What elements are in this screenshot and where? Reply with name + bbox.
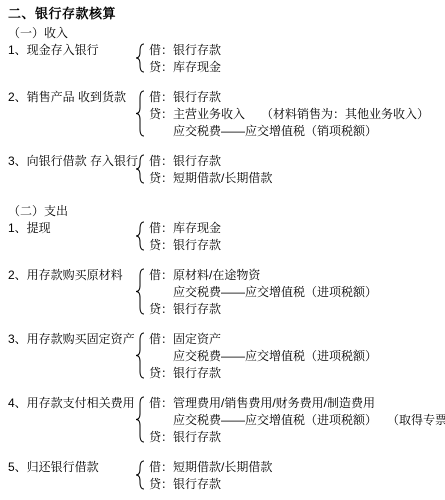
entry-line-text: 贷：银行存款 <box>149 477 221 491</box>
entry-label: 5、归还银行借款 <box>8 459 135 476</box>
entry-line: 应交税费——应交增值税（进项税额）（取得专票） <box>149 412 445 429</box>
entry-line: 贷：银行存款 <box>149 365 377 382</box>
entry-line-text: 应交税费——应交增值税（进项税额） <box>173 349 377 363</box>
entry-lines: 借：银行存款贷：主营业务收入（材料销售为：其他业务收入）应交税费——应交增值税（… <box>149 89 429 140</box>
entry-line: 贷：银行存款 <box>149 301 377 318</box>
entry-line: 贷：银行存款 <box>149 237 221 254</box>
entry-line-text: 贷：银行存款 <box>149 302 221 316</box>
entry-line-text: 借：银行存款 <box>149 154 221 168</box>
entry-line-text: 借：原材料/在途物资 <box>149 268 260 282</box>
entry-line: 借：短期借款/长期借款 <box>149 459 272 476</box>
entry-line: 贷：短期借款/长期借款 <box>149 170 272 187</box>
section-heading: （一）收入 <box>8 22 445 42</box>
entry-line: 应交税费——应交增值税（进项税额） <box>149 348 377 365</box>
entry-line-text: 贷：银行存款 <box>149 430 221 444</box>
entry-lines: 借：管理费用/销售费用/财务费用/制造费用应交税费——应交增值税（进项税额）（取… <box>149 395 445 446</box>
brace-icon <box>135 221 145 251</box>
journal-entry: 3、用存款购买固定资产借：固定资产应交税费——应交增值税（进项税额）贷：银行存款 <box>8 331 445 382</box>
journal-entry: 3、向银行借款 存入银行借：银行存款贷：短期借款/长期借款 <box>8 153 445 187</box>
entry-lines: 借：短期借款/长期借款贷：银行存款 <box>149 459 272 493</box>
entry-lines: 借：原材料/在途物资应交税费——应交增值税（进项税额）贷：银行存款 <box>149 267 377 318</box>
entry-line-text: 贷：库存现金 <box>149 60 221 74</box>
brace-icon <box>135 43 145 73</box>
brace-icon <box>135 268 145 315</box>
entry-line: 借：管理费用/销售费用/财务费用/制造费用 <box>149 395 445 412</box>
brace-icon <box>135 332 145 379</box>
entry-lines: 借：固定资产应交税费——应交增值税（进项税额）贷：银行存款 <box>149 331 377 382</box>
section: （一）收入1、现金存入银行借：银行存款贷：库存现金2、销售产品 收到货款借：银行… <box>8 22 445 187</box>
entry-note: （材料销售为：其他业务收入） <box>261 107 429 121</box>
entry-line-text: 贷：主营业务收入 <box>149 107 245 121</box>
entry-label: 1、提现 <box>8 220 135 237</box>
entry-label: 4、用存款支付相关费用 <box>8 395 135 412</box>
entry-lines: 借：银行存款贷：短期借款/长期借款 <box>149 153 272 187</box>
entry-line: 应交税费——应交增值税（进项税额） <box>149 284 377 301</box>
entry-line: 借：银行存款 <box>149 153 272 170</box>
entry-line: 贷：银行存款 <box>149 476 272 493</box>
brace-icon <box>135 460 145 490</box>
entry-label: 2、销售产品 收到货款 <box>8 89 135 106</box>
document-page: 二、银行存款核算 （一）收入1、现金存入银行借：银行存款贷：库存现金2、销售产品… <box>8 5 445 493</box>
journal-entry: 2、用存款购买原材料借：原材料/在途物资应交税费——应交增值税（进项税额）贷：银… <box>8 267 445 318</box>
entry-line-text: 贷：短期借款/长期借款 <box>149 171 272 185</box>
entry-line-text: 应交税费——应交增值税（进项税额） <box>173 413 377 427</box>
journal-entry: 1、现金存入银行借：银行存款贷：库存现金 <box>8 42 445 76</box>
entry-note: （取得专票） <box>393 413 445 427</box>
entry-line: 贷：库存现金 <box>149 59 221 76</box>
brace-icon <box>135 396 145 443</box>
entry-label: 2、用存款购买原材料 <box>8 267 135 284</box>
entry-line-text: 贷：银行存款 <box>149 238 221 252</box>
entry-label: 1、现金存入银行 <box>8 42 135 59</box>
entry-line-text: 应交税费——应交增值税（进项税额） <box>173 285 377 299</box>
entry-line-text: 借：银行存款 <box>149 90 221 104</box>
entry-line: 贷：银行存款 <box>149 429 445 446</box>
entry-line: 借：原材料/在途物资 <box>149 267 377 284</box>
entry-line: 应交税费——应交增值税（销项税额） <box>149 123 429 140</box>
entry-line-text: 借：固定资产 <box>149 332 221 346</box>
entry-line: 借：银行存款 <box>149 89 429 106</box>
brace-icon <box>135 90 145 137</box>
entry-line-text: 应交税费——应交增值税（销项税额） <box>173 124 377 138</box>
journal-entry: 2、销售产品 收到货款借：银行存款贷：主营业务收入（材料销售为：其他业务收入）应… <box>8 89 445 140</box>
page-title: 二、银行存款核算 <box>8 5 445 22</box>
section-heading: （二）支出 <box>8 200 445 220</box>
entry-lines: 借：银行存款贷：库存现金 <box>149 42 221 76</box>
entry-line-text: 借：短期借款/长期借款 <box>149 460 272 474</box>
section: （二）支出1、提现借：库存现金贷：银行存款2、用存款购买原材料借：原材料/在途物… <box>8 200 445 493</box>
entry-line-text: 借：管理费用/销售费用/财务费用/制造费用 <box>149 396 375 410</box>
entry-line: 贷：主营业务收入（材料销售为：其他业务收入） <box>149 106 429 123</box>
journal-entry: 5、归还银行借款借：短期借款/长期借款贷：银行存款 <box>8 459 445 493</box>
brace-icon <box>135 154 145 184</box>
entry-line: 借：固定资产 <box>149 331 377 348</box>
sections: （一）收入1、现金存入银行借：银行存款贷：库存现金2、销售产品 收到货款借：银行… <box>8 22 445 493</box>
journal-entry: 1、提现借：库存现金贷：银行存款 <box>8 220 445 254</box>
entry-line: 借：库存现金 <box>149 220 221 237</box>
entry-label: 3、用存款购买固定资产 <box>8 331 135 348</box>
journal-entry: 4、用存款支付相关费用借：管理费用/销售费用/财务费用/制造费用应交税费——应交… <box>8 395 445 446</box>
entry-lines: 借：库存现金贷：银行存款 <box>149 220 221 254</box>
entry-line-text: 借：银行存款 <box>149 43 221 57</box>
entry-line: 借：银行存款 <box>149 42 221 59</box>
entry-label: 3、向银行借款 存入银行 <box>8 153 135 170</box>
entry-line-text: 贷：银行存款 <box>149 366 221 380</box>
entry-line-text: 借：库存现金 <box>149 221 221 235</box>
